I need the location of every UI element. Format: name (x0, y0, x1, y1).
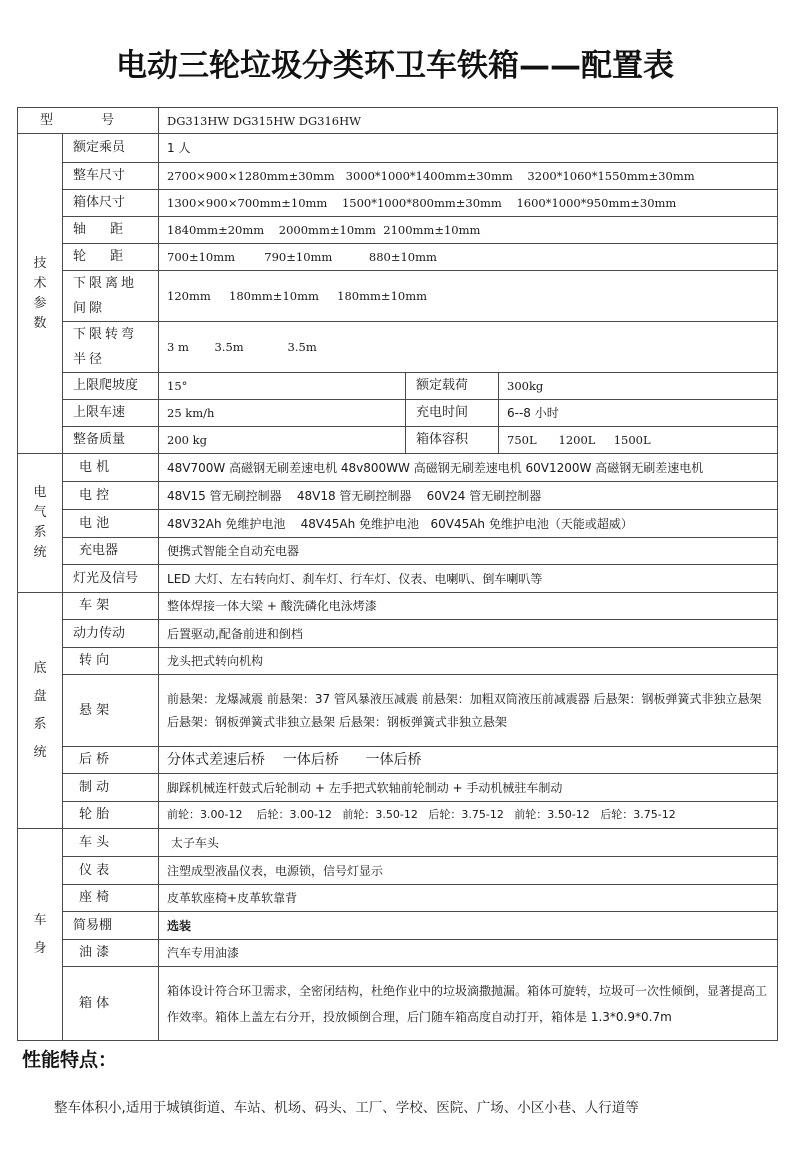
row-value: 120mm 180mm±10mm 180mm±10mm (159, 271, 778, 322)
table-row: 箱体尺寸 1300×900×700mm±10mm 1500*1000*800mm… (18, 190, 778, 217)
row-value-2: 6--8 小时 (499, 400, 778, 427)
table-row: 上限爬坡度 15° 额定载荷 300kg (18, 373, 778, 400)
row-label: 座 椅 (63, 885, 159, 912)
row-value: 后置驱动,配备前进和倒档 (159, 620, 778, 648)
row-label: 箱 体 (63, 967, 159, 1041)
table-row: 箱 体 箱体设计符合环卫需求，全密闭结构，杜绝作业中的垃圾滴撒抛漏。箱体可旋转，… (18, 967, 778, 1041)
row-label: 油 漆 (63, 940, 159, 967)
category-electrical-system: 电 气 系 统 (18, 454, 63, 593)
table-row: 悬 架 前悬架：龙爆减震 前悬架：37 管风暴液压减震 前悬架：加粗双筒液压前减… (18, 675, 778, 747)
category-char: 数 (26, 314, 54, 334)
table-row: 转 向 龙头把式转向机构 (18, 648, 778, 675)
table-row: 灯光及信号 LED 大灯、左右转向灯、刹车灯、行车灯、仪表、电喇叭、倒车喇叭等 (18, 565, 778, 593)
table-row: 电 池 48V32Ah 免维护电池 48V45Ah 免维护电池 60V45Ah … (18, 510, 778, 538)
row-label: 悬 架 (63, 675, 159, 747)
row-value: LED 大灯、左右转向灯、刹车灯、行车灯、仪表、电喇叭、倒车喇叭等 (159, 565, 778, 593)
table-row: 轮 胎 前轮：3.00-12 后轮：3.00-12 前轮：3.50-12 后轮：… (18, 802, 778, 829)
row-label-2: 充电时间 (406, 400, 499, 427)
model-value: DG313HW DG315HW DG316HW (159, 108, 778, 134)
table-row: 上限车速 25 km/h 充电时间 6--8 小时 (18, 400, 778, 427)
row-value: 25 km/h (159, 400, 406, 427)
row-label: 下限离地间隙 (63, 271, 159, 322)
table-row: 整车尺寸 2700×900×1280mm±30mm 3000*1000*1400… (18, 163, 778, 190)
table-row: 充电器 便携式智能全自动充电器 (18, 538, 778, 565)
category-chassis-system: 底 盘 系 统 (18, 593, 63, 829)
table-row: 车 身 车 头 太子车头 (18, 829, 778, 857)
row-label: 上限车速 (63, 400, 159, 427)
row-value: 48V700W 高磁钢无刷差速电机 48v800WW 高磁钢无刷差速电机 60V… (159, 454, 778, 482)
table-row: 油 漆 汽车专用油漆 (18, 940, 778, 967)
table-row-model: 型 号 DG313HW DG315HW DG316HW (18, 108, 778, 134)
row-value: 注塑成型液晶仪表，电源锁，信号灯显示 (159, 857, 778, 885)
category-vehicle-body: 车 身 (18, 829, 63, 1041)
row-value-2: 750L 1200L 1500L (499, 427, 778, 454)
table-row: 后 桥 分体式差速后桥 一体后桥 一体后桥 (18, 747, 778, 774)
category-char: 底 (26, 655, 54, 683)
table-row: 下限转弯半径 3 m 3.5m 3.5m (18, 322, 778, 373)
row-label: 仪 表 (63, 857, 159, 885)
row-label: 下限转弯半径 (63, 322, 159, 373)
row-value: 48V32Ah 免维护电池 48V45Ah 免维护电池 60V45Ah 免维护电… (159, 510, 778, 538)
category-char: 术 (26, 274, 54, 294)
row-value: 汽车专用油漆 (159, 940, 778, 967)
row-value: 1840mm±20mm 2000mm±10mm 2100mm±10mm (159, 217, 778, 244)
table-row: 仪 表 注塑成型液晶仪表，电源锁，信号灯显示 (18, 857, 778, 885)
category-char: 参 (26, 294, 54, 314)
table-row: 电 控 48V15 管无刷控制器 48V18 管无刷控制器 60V24 管无刷控… (18, 482, 778, 510)
category-char: 身 (26, 935, 54, 963)
category-char: 气 (26, 503, 54, 523)
table-row: 轴 距 1840mm±20mm 2000mm±10mm 2100mm±10mm (18, 217, 778, 244)
row-value: 2700×900×1280mm±30mm 3000*1000*1400mm±30… (159, 163, 778, 190)
row-value: 3 m 3.5m 3.5m (159, 322, 778, 373)
table-row: 电 气 系 统 电 机 48V700W 高磁钢无刷差速电机 48v800WW 高… (18, 454, 778, 482)
table-row: 轮 距 700±10mm 790±10mm 880±10mm (18, 244, 778, 271)
features-text: 整车体积小,适用于城镇街道、车站、机场、码头、工厂、学校、医院、广场、小区小巷、… (54, 1096, 639, 1116)
row-value: 箱体设计符合环卫需求，全密闭结构，杜绝作业中的垃圾滴撒抛漏。箱体可旋转，垃圾可一… (159, 967, 778, 1041)
category-char: 统 (26, 543, 54, 563)
row-label: 车 架 (63, 593, 159, 620)
row-value: 便携式智能全自动充电器 (159, 538, 778, 565)
row-value: 整体焊接一体大梁 + 酸洗磷化电泳烤漆 (159, 593, 778, 620)
row-value: 太子车头 (159, 829, 778, 857)
row-label: 电 池 (63, 510, 159, 538)
category-char: 系 (26, 711, 54, 739)
row-label-2: 额定载荷 (406, 373, 499, 400)
features-heading: 性能特点： (22, 1045, 117, 1072)
row-value: 200 kg (159, 427, 406, 454)
row-label: 上限爬坡度 (63, 373, 159, 400)
row-value: 皮革软座椅+皮革软靠背 (159, 885, 778, 912)
row-value: 脚踩机械连杆鼓式后轮制动 + 左手把式软轴前轮制动 + 手动机械驻车制动 (159, 774, 778, 802)
row-label: 车 头 (63, 829, 159, 857)
category-char: 车 (26, 907, 54, 935)
table-row: 技 术 参 数 额定乘员 1 人 (18, 134, 778, 163)
category-char: 盘 (26, 683, 54, 711)
row-value: 前轮：3.00-12 后轮：3.00-12 前轮：3.50-12 后轮：3.75… (159, 802, 778, 829)
table-row: 制 动 脚踩机械连杆鼓式后轮制动 + 左手把式软轴前轮制动 + 手动机械驻车制动 (18, 774, 778, 802)
category-char: 电 (26, 483, 54, 503)
row-label: 轮 距 (63, 244, 159, 271)
row-label: 轮 胎 (63, 802, 159, 829)
row-label: 制 动 (63, 774, 159, 802)
row-label: 箱体尺寸 (63, 190, 159, 217)
row-value-2: 300kg (499, 373, 778, 400)
category-tech-params: 技 术 参 数 (18, 134, 63, 454)
row-value: 前悬架：龙爆减震 前悬架：37 管风暴液压减震 前悬架：加粗双筒液压前减震器 后… (159, 675, 778, 747)
model-label: 型 号 (18, 108, 159, 134)
category-char: 系 (26, 523, 54, 543)
row-value: 700±10mm 790±10mm 880±10mm (159, 244, 778, 271)
category-char: 技 (26, 254, 54, 274)
table-row: 动力传动 后置驱动,配备前进和倒档 (18, 620, 778, 648)
table-row: 下限离地间隙 120mm 180mm±10mm 180mm±10mm (18, 271, 778, 322)
row-value: 1300×900×700mm±10mm 1500*1000*800mm±30mm… (159, 190, 778, 217)
row-value: 48V15 管无刷控制器 48V18 管无刷控制器 60V24 管无刷控制器 (159, 482, 778, 510)
row-label: 电 机 (63, 454, 159, 482)
row-label: 额定乘员 (63, 134, 159, 163)
row-value: 1 人 (159, 134, 778, 163)
row-label: 充电器 (63, 538, 159, 565)
category-char: 统 (26, 739, 54, 767)
row-label-2: 箱体容积 (406, 427, 499, 454)
table-row: 底 盘 系 统 车 架 整体焊接一体大梁 + 酸洗磷化电泳烤漆 (18, 593, 778, 620)
row-label: 动力传动 (63, 620, 159, 648)
row-value: 15° (159, 373, 406, 400)
row-value: 选装 (159, 912, 778, 940)
row-label: 灯光及信号 (63, 565, 159, 593)
row-label: 后 桥 (63, 747, 159, 774)
row-value: 分体式差速后桥 一体后桥 一体后桥 (159, 747, 778, 774)
page-title: 电动三轮垃圾分类环卫车铁箱——配置表 (0, 40, 790, 85)
row-label: 整车尺寸 (63, 163, 159, 190)
row-label: 整备质量 (63, 427, 159, 454)
table-row: 整备质量 200 kg 箱体容积 750L 1200L 1500L (18, 427, 778, 454)
row-label: 轴 距 (63, 217, 159, 244)
table-row: 座 椅 皮革软座椅+皮革软靠背 (18, 885, 778, 912)
row-label: 电 控 (63, 482, 159, 510)
row-label: 转 向 (63, 648, 159, 675)
row-value: 龙头把式转向机构 (159, 648, 778, 675)
row-label: 简易棚 (63, 912, 159, 940)
table-row: 简易棚 选装 (18, 912, 778, 940)
config-table: 型 号 DG313HW DG315HW DG316HW 技 术 参 数 额定乘员… (17, 107, 778, 1041)
